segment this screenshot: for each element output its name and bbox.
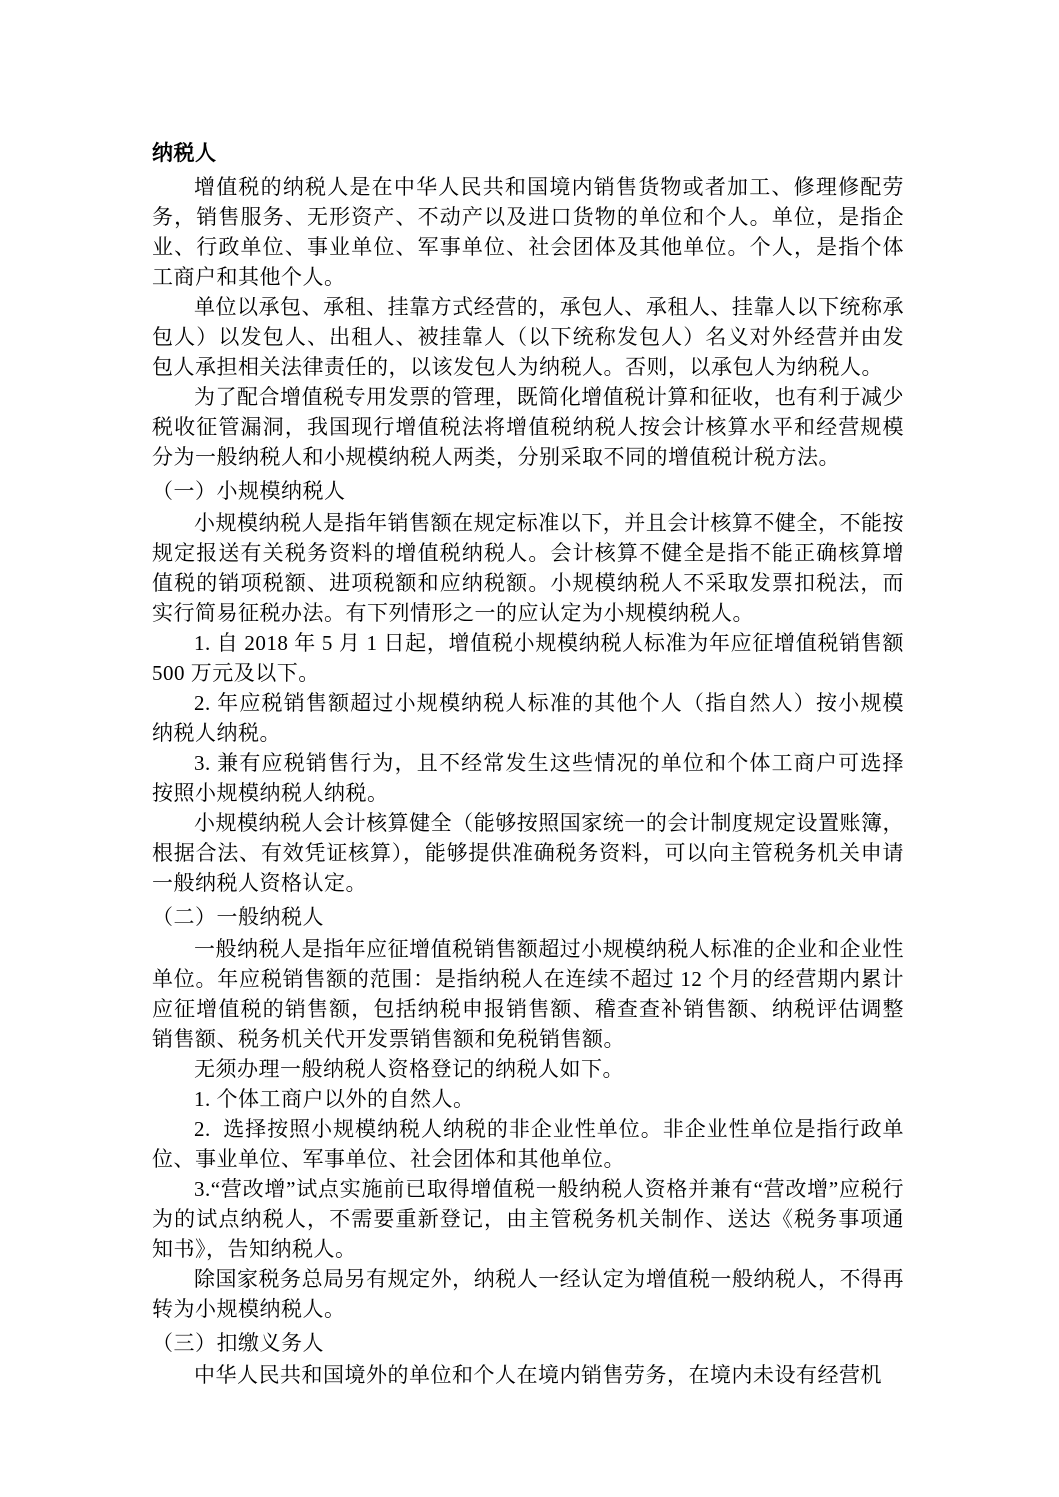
paragraph-small-scale-definition: 小规模纳税人是指年销售额在规定标准以下，并且会计核算不健全，不能按规定报送有关税…	[152, 508, 904, 628]
section-heading-withholding-agent: （三）扣缴义务人	[152, 1328, 904, 1358]
section-heading-general-taxpayer: （二）一般纳税人	[152, 902, 904, 932]
document-body: 纳税人 增值税的纳税人是在中华人民共和国境内销售货物或者加工、修理修配劳务，销售…	[152, 138, 904, 1390]
paragraph-sound-accounting-application: 小规模纳税人会计核算健全（能够按照国家统一的会计制度规定设置账簿，根据合法、有效…	[152, 808, 904, 898]
paragraph-contracting-operation: 单位以承包、承租、挂靠方式经营的，承包人、承租人、挂靠人以下统称承包人）以发包人…	[152, 292, 904, 382]
paragraph-vat-taxpayer-definition: 增值税的纳税人是在中华人民共和国境内销售货物或者加工、修理修配劳务，销售服务、无…	[152, 172, 904, 292]
paragraph-no-reverting-rule: 除国家税务总局另有规定外，纳税人一经认定为增值税一般纳税人，不得再转为小规模纳税…	[152, 1264, 904, 1324]
list-item-1-standard-2018: 1. 自 2018 年 5 月 1 日起，增值税小规模纳税人标准为年应征增值税销…	[152, 628, 904, 688]
paragraph-overseas-units: 中华人民共和国境外的单位和个人在境内销售劳务，在境内未设有经营机	[152, 1360, 904, 1390]
section-heading-small-scale-taxpayer: （一）小规模纳税人	[152, 476, 904, 506]
page-title: 纳税人	[152, 138, 904, 168]
list-item-2-natural-person: 2. 年应税销售额超过小规模纳税人标准的其他个人（指自然人）按小规模纳税人纳税。	[152, 688, 904, 748]
list-item-2-non-enterprise-units: 2. 选择按照小规模纳税人纳税的非企业性单位。非企业性单位是指行政单位、事业单位…	[152, 1114, 904, 1174]
list-item-3-occasional-sales: 3. 兼有应税销售行为，且不经常发生这些情况的单位和个体工商户可选择按照小规模纳…	[152, 748, 904, 808]
paragraph-taxpayer-classification: 为了配合增值税专用发票的管理，既简化增值税计算和征收，也有利于减少税收征管漏洞，…	[152, 382, 904, 472]
list-item-1-natural-persons: 1. 个体工商户以外的自然人。	[152, 1084, 904, 1114]
list-item-3-pilot-taxpayers: 3.“营改增”试点实施前已取得增值税一般纳税人资格并兼有“营改增”应税行为的试点…	[152, 1174, 904, 1264]
paragraph-no-registration-intro: 无须办理一般纳税人资格登记的纳税人如下。	[152, 1054, 904, 1084]
document-page: 纳税人 增值税的纳税人是在中华人民共和国境内销售货物或者加工、修理修配劳务，销售…	[0, 0, 1059, 1497]
paragraph-general-taxpayer-definition: 一般纳税人是指年应征增值税销售额超过小规模纳税人标准的企业和企业性单位。年应税销…	[152, 934, 904, 1054]
